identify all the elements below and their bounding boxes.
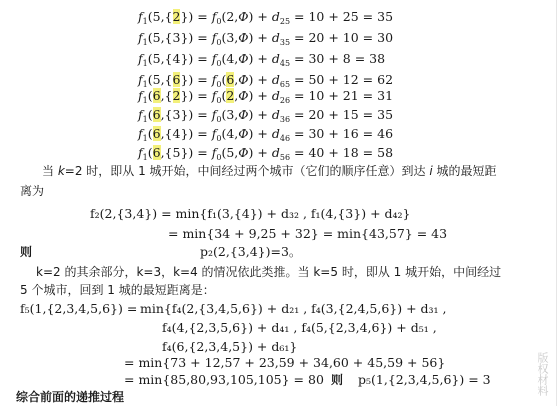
then-label: 则 <box>20 244 32 260</box>
p2-result: p₂(2,{3,4})=3。 <box>200 244 301 260</box>
f1-row: f1(5,{4}) = f0(4,Φ) + d45 = 30 + 8 = 38 <box>138 51 385 72</box>
equation-f5-row3: f₄(6,{2,3,4,5}) + d₆₁} <box>162 339 297 355</box>
paragraph-k2: 当 k=2 时，即从 1 城开始，中间经过两个城市（它们的顺序任意）到达 i 城… <box>42 163 497 179</box>
f1-row: f1(6,{3}) = f0(3,Φ) + d36 = 20 + 15 = 35 <box>138 107 393 128</box>
paragraph-k5: k=2 的其余部分，k=3，k=4 的情况依此类推。当 k=5 时，即从 1 城… <box>36 264 501 280</box>
paragraph-k5-cont: 5 个城市，回到 1 城的最短距离是： <box>20 282 215 298</box>
f1-row: f1(6,{4}) = f0(4,Φ) + d46 = 30 + 16 = 46 <box>138 126 393 147</box>
watermark: 版权材料 <box>535 352 549 396</box>
equation-f5-row1: min{f₄(2,{3,4,5,6}) + d₂₁ , f₄(3,{2,4,5,… <box>140 301 447 317</box>
f1-row: f1(6,{2}) = f0(2,Φ) + d26 = 10 + 21 = 31 <box>138 88 393 109</box>
equation-f2-result: = min{34 + 9,25 + 32} = min{43,57} = 43 <box>168 226 447 242</box>
equation-f5-row5: = min{85,80,93,105,105} = 80 <box>124 372 324 388</box>
f1-row: f1(5,{3}) = f0(3,Φ) + d35 = 20 + 10 = 30 <box>138 30 393 51</box>
f1-row: f1(5,{2}) = f0(2,Φ) + d25 = 10 + 25 = 35 <box>138 9 393 30</box>
closing-heading: 综合前面的递推过程 <box>16 389 124 405</box>
then-label-2: 则 <box>331 372 343 388</box>
equation-f2: f₂(2,{3,4}) = min{f₁(3,{4}) + d₃₂ , f₁(4… <box>90 206 411 222</box>
p5-result: p₅(1,{2,3,4,5,6}) = 3 <box>358 372 491 388</box>
equation-f5-lhs: f₅(1,{2,3,4,5,6}) = <box>20 301 137 317</box>
equation-f5-row4: = min{73 + 12,57 + 23,59 + 34,60 + 45,59… <box>124 355 445 371</box>
page-edge-divider <box>556 0 557 406</box>
paragraph-k2-cont: 离为 <box>20 183 44 199</box>
equation-f5-row2: f₄(4,{2,3,5,6}) + d₄₁ , f₄(5,{2,3,4,6}) … <box>162 320 437 336</box>
